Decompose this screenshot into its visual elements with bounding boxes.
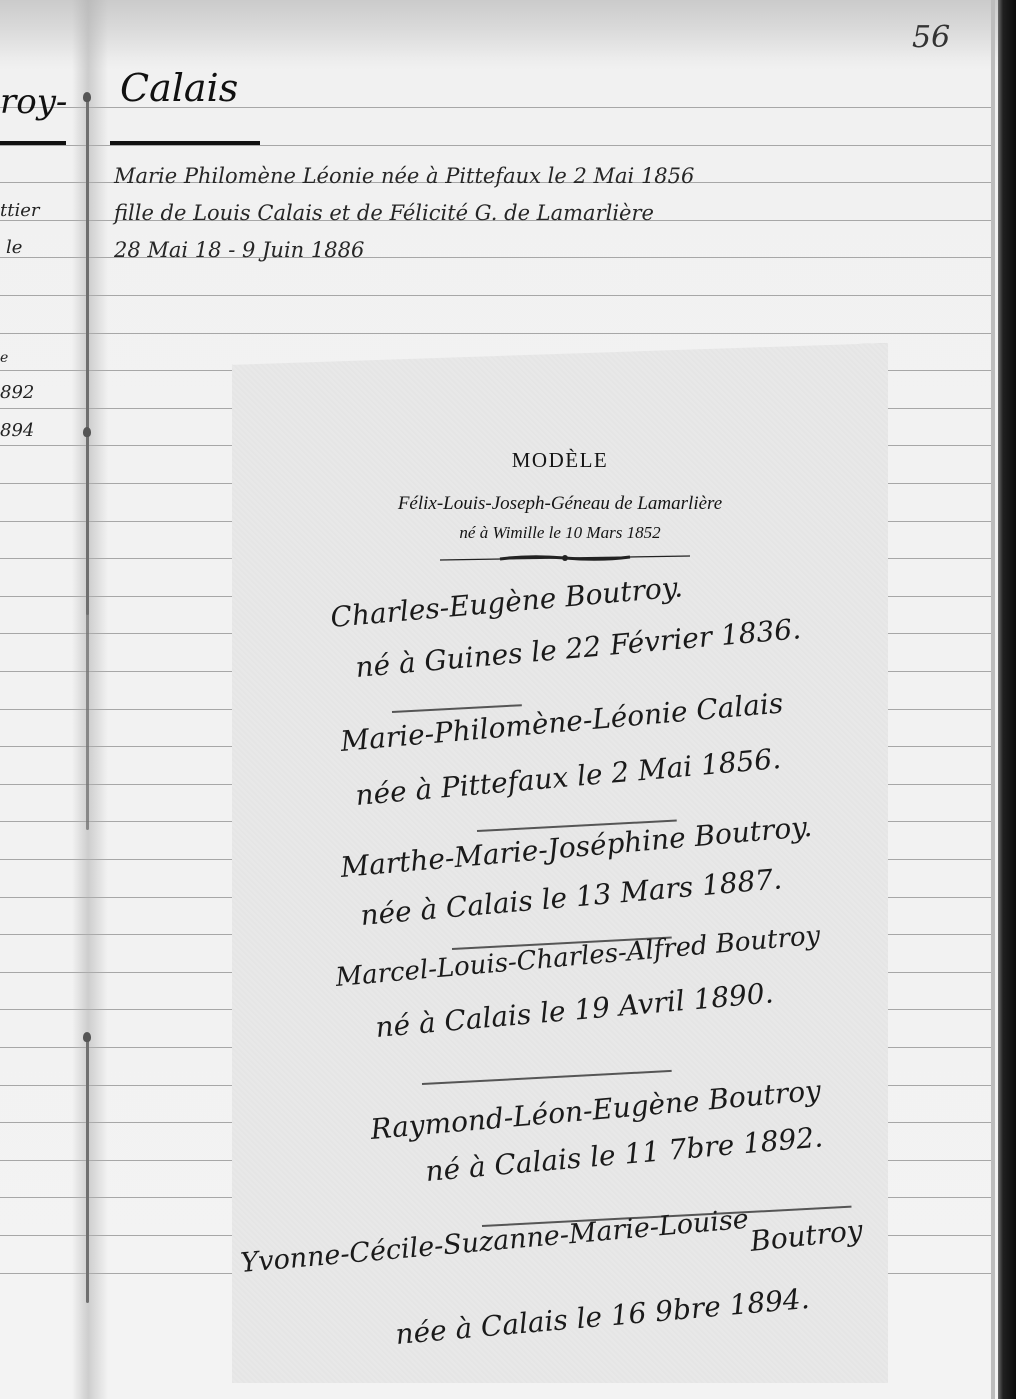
- ledger-line-2: fille de Louis Calais et de Félicité G. …: [114, 195, 694, 232]
- ruled-line: [0, 333, 992, 334]
- ornament-divider-icon: [440, 553, 690, 563]
- margin-stitch-lower: [86, 1035, 89, 1303]
- ledger-line-3: 28 Mai 18 - 9 Juin 1886: [114, 232, 694, 269]
- ruled-line: [0, 145, 992, 146]
- card-subject-name: Félix-Louis-Joseph-Géneau de Lamarlière: [232, 493, 888, 515]
- page-number: 56: [912, 20, 950, 55]
- ruled-line: [0, 295, 992, 296]
- entry-surname: Calais: [120, 66, 238, 110]
- ledger-line-1: Marie Philomène Léonie née à Pittefaux l…: [114, 158, 694, 195]
- stitch-knot-middle: [83, 427, 91, 437]
- stitch-knot-upper: [83, 92, 91, 102]
- left-fragment-1: ttier: [0, 200, 39, 221]
- card-subject-birth: né à Wimille le 10 Mars 1852: [232, 523, 888, 543]
- page-gutter: [72, 0, 108, 1399]
- register-page: roy- ttier le e 892 894 56 Calais Marie …: [0, 0, 998, 1399]
- left-page-underline: [0, 141, 66, 145]
- page-edge: [991, 0, 995, 1399]
- left-page-surname-fragment: roy-: [0, 82, 67, 122]
- left-fragment-5: 894: [0, 420, 34, 441]
- margin-stitch-middle: [86, 430, 89, 830]
- surname-underline: [110, 141, 260, 145]
- card-title: MODÈLE: [232, 448, 888, 473]
- left-fragment-4: 892: [0, 382, 34, 403]
- stitch-knot-lower: [83, 1032, 91, 1042]
- pasted-genealogy-card: MODÈLE Félix-Louis-Joseph-Géneau de Lama…: [232, 343, 888, 1383]
- left-fragment-3: e: [0, 350, 8, 366]
- ledger-entry: Marie Philomène Léonie née à Pittefaux l…: [114, 158, 694, 269]
- page-top-shadow: [0, 0, 998, 70]
- left-fragment-2: le: [6, 237, 22, 258]
- book-binding-edge: [998, 0, 1016, 1399]
